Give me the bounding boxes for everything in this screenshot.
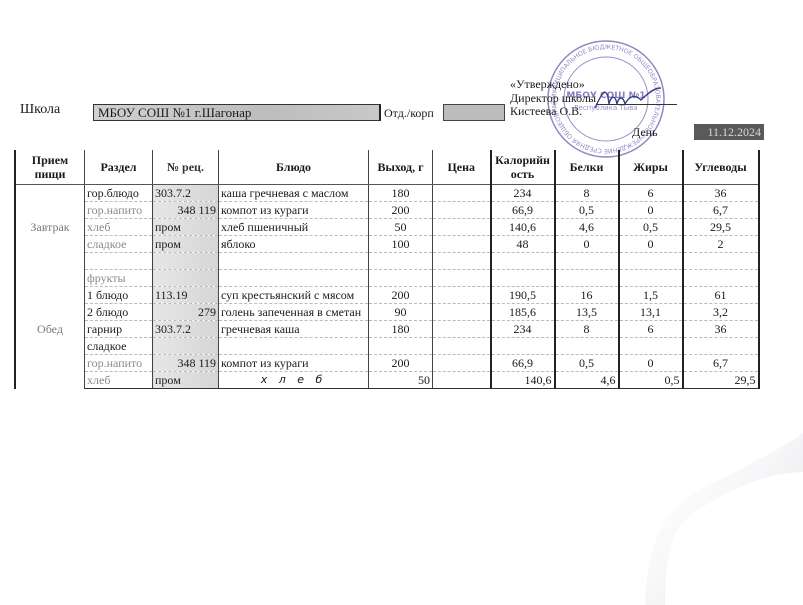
cell-carbs: 36: [683, 321, 759, 338]
col-header-price: Цена: [433, 150, 491, 185]
cell-carbs: [683, 270, 759, 287]
signature-line: [597, 104, 677, 105]
cell-protein: [555, 338, 619, 355]
cell-section: гарнир: [85, 321, 153, 338]
col-header-meal-line1: Прием: [32, 153, 68, 167]
cell-recipe: пром: [153, 219, 219, 236]
table-row: [15, 253, 759, 270]
cell-carbs: 2: [683, 236, 759, 253]
col-header-dish: Блюдо: [219, 150, 369, 185]
cell-protein: 16: [555, 287, 619, 304]
cell-output: 90: [369, 304, 433, 321]
cell-calories: 234: [491, 321, 555, 338]
table-row: хлебпромхлеб пшеничный50140,64,60,529,5: [15, 219, 759, 236]
cell-section: гор.напито: [85, 355, 153, 372]
school-label: Школа: [20, 102, 60, 118]
cell-price: [433, 202, 491, 219]
dept-label: Отд./корп: [384, 106, 434, 121]
cell-fat: [619, 270, 683, 287]
cell-output: 50: [369, 372, 433, 389]
approval-block: «Утверждено» Директор школы Кистеева О.В…: [510, 78, 596, 119]
cell-calories: 140,6: [491, 372, 555, 389]
col-header-calories-line2: ость: [511, 167, 535, 181]
cell-output: 200: [369, 355, 433, 372]
table-row: сладкое: [15, 338, 759, 355]
cell-calories: 140,6: [491, 219, 555, 236]
table-row: 1 блюдо113.19суп крестьянский с мясом200…: [15, 287, 759, 304]
cell-output: 50: [369, 219, 433, 236]
table-row: сладкоепромяблоко10048002: [15, 236, 759, 253]
cell-protein: 0: [555, 236, 619, 253]
cell-protein: 4,6: [555, 372, 619, 389]
col-header-calories: Калорийн ость: [491, 150, 555, 185]
cell-price: [433, 270, 491, 287]
cell-output: [369, 338, 433, 355]
cell-price: [433, 236, 491, 253]
col-header-carbs: Углеводы: [683, 150, 759, 185]
cell-output: 200: [369, 202, 433, 219]
page-curl-shadow-icon: [605, 432, 803, 605]
cell-calories: 48: [491, 236, 555, 253]
cell-fat: 0: [619, 355, 683, 372]
cell-dish: компот из кураги: [219, 202, 369, 219]
cell-output: 200: [369, 287, 433, 304]
cell-recipe: 348 119: [153, 355, 219, 372]
cell-section: [85, 253, 153, 270]
cell-carbs: 6,7: [683, 355, 759, 372]
school-name-field: МБОУ СОШ №1 г.Шагонар: [93, 104, 381, 121]
cell-recipe: [153, 338, 219, 355]
table-row: Обедфрукты: [15, 270, 759, 287]
cell-carbs: 61: [683, 287, 759, 304]
cell-output: 180: [369, 321, 433, 338]
cell-dish: голень запеченная в сметан: [219, 304, 369, 321]
cell-fat: 6: [619, 185, 683, 202]
cell-price: [433, 338, 491, 355]
cell-section: 1 блюдо: [85, 287, 153, 304]
day-label: День: [632, 125, 658, 140]
cell-calories: [491, 338, 555, 355]
cell-calories: 190,5: [491, 287, 555, 304]
col-header-meal-line2: пищи: [35, 167, 66, 181]
col-header-recipe: № рец.: [153, 150, 219, 185]
meal-name: Обед: [15, 270, 85, 389]
cell-section: сладкое: [85, 338, 153, 355]
dept-field: [443, 104, 505, 121]
col-header-calories-line1: Калорийн: [495, 153, 550, 167]
cell-recipe: 348 119: [153, 202, 219, 219]
cell-output: [369, 253, 433, 270]
table-row: хлебпромх л е б50140,64,60,529,5: [15, 372, 759, 389]
cell-price: [433, 253, 491, 270]
cell-fat: 0: [619, 236, 683, 253]
cell-protein: 8: [555, 321, 619, 338]
cell-protein: 8: [555, 185, 619, 202]
cell-fat: 13,1: [619, 304, 683, 321]
approved-title: «Утверждено»: [510, 78, 596, 92]
cell-recipe: пром: [153, 236, 219, 253]
cell-dish: яблоко: [219, 236, 369, 253]
cell-calories: 185,6: [491, 304, 555, 321]
cell-section: гор.блюдо: [85, 185, 153, 202]
cell-fat: 0,5: [619, 219, 683, 236]
table-row: гор.напито348 119компот из кураги20066,9…: [15, 202, 759, 219]
cell-calories: [491, 253, 555, 270]
cell-protein: 13,5: [555, 304, 619, 321]
cell-calories: [491, 270, 555, 287]
col-header-fat: Жиры: [619, 150, 683, 185]
date-field: 11.12.2024: [694, 124, 764, 140]
cell-recipe: [153, 270, 219, 287]
cell-protein: 4,6: [555, 219, 619, 236]
cell-fat: [619, 253, 683, 270]
cell-price: [433, 372, 491, 389]
director-title: Директор школы: [510, 92, 596, 106]
cell-dish: каша гречневая с маслом: [219, 185, 369, 202]
cell-recipe: 303.7.2: [153, 321, 219, 338]
cell-recipe: 279: [153, 304, 219, 321]
table-row: гарнир303.7.2гречневая каша1802348636: [15, 321, 759, 338]
cell-carbs: [683, 253, 759, 270]
cell-protein: [555, 253, 619, 270]
cell-fat: [619, 338, 683, 355]
cell-section: фрукты: [85, 270, 153, 287]
meal-name: Завтрак: [15, 185, 85, 270]
cell-fat: 6: [619, 321, 683, 338]
cell-carbs: 36: [683, 185, 759, 202]
cell-calories: 234: [491, 185, 555, 202]
col-header-section: Раздел: [85, 150, 153, 185]
col-header-meal: Прием пищи: [15, 150, 85, 185]
cell-dish: гречневая каша: [219, 321, 369, 338]
cell-fat: 0: [619, 202, 683, 219]
col-header-output: Выход, г: [369, 150, 433, 185]
cell-carbs: 29,5: [683, 219, 759, 236]
table-row: 2 блюдо279голень запеченная в сметан9018…: [15, 304, 759, 321]
cell-fat: 1,5: [619, 287, 683, 304]
cell-price: [433, 304, 491, 321]
cell-section: сладкое: [85, 236, 153, 253]
cell-recipe: пром: [153, 372, 219, 389]
cell-protein: 0,5: [555, 202, 619, 219]
cell-section: гор.напито: [85, 202, 153, 219]
cell-section: 2 блюдо: [85, 304, 153, 321]
cell-output: 180: [369, 185, 433, 202]
cell-carbs: [683, 338, 759, 355]
cell-dish: [219, 253, 369, 270]
director-name: Кистеева О.В.: [510, 105, 596, 119]
cell-section: хлеб: [85, 219, 153, 236]
col-header-protein: Белки: [555, 150, 619, 185]
cell-output: [369, 270, 433, 287]
cell-section: хлеб: [85, 372, 153, 389]
cell-protein: [555, 270, 619, 287]
cell-calories: 66,9: [491, 202, 555, 219]
menu-table: Прием пищи Раздел № рец. Блюдо Выход, г …: [14, 150, 760, 389]
cell-price: [433, 185, 491, 202]
cell-price: [433, 321, 491, 338]
cell-carbs: 6,7: [683, 202, 759, 219]
cell-dish: [219, 338, 369, 355]
cell-dish: х л е б: [219, 372, 369, 389]
cell-price: [433, 219, 491, 236]
cell-carbs: 3,2: [683, 304, 759, 321]
cell-recipe: 113.19: [153, 287, 219, 304]
cell-dish: суп крестьянский с мясом: [219, 287, 369, 304]
cell-carbs: 29,5: [683, 372, 759, 389]
cell-price: [433, 355, 491, 372]
table-header-row: Прием пищи Раздел № рец. Блюдо Выход, г …: [15, 150, 759, 185]
cell-recipe: 303.7.2: [153, 185, 219, 202]
cell-price: [433, 287, 491, 304]
cell-dish: компот из кураги: [219, 355, 369, 372]
cell-dish: [219, 270, 369, 287]
cell-calories: 66,9: [491, 355, 555, 372]
table-row: Завтракгор.блюдо303.7.2каша гречневая с …: [15, 185, 759, 202]
cell-output: 100: [369, 236, 433, 253]
table-row: гор.напито348 119компот из кураги20066,9…: [15, 355, 759, 372]
cell-fat: 0,5: [619, 372, 683, 389]
cell-protein: 0,5: [555, 355, 619, 372]
cell-recipe: [153, 253, 219, 270]
cell-dish: хлеб пшеничный: [219, 219, 369, 236]
